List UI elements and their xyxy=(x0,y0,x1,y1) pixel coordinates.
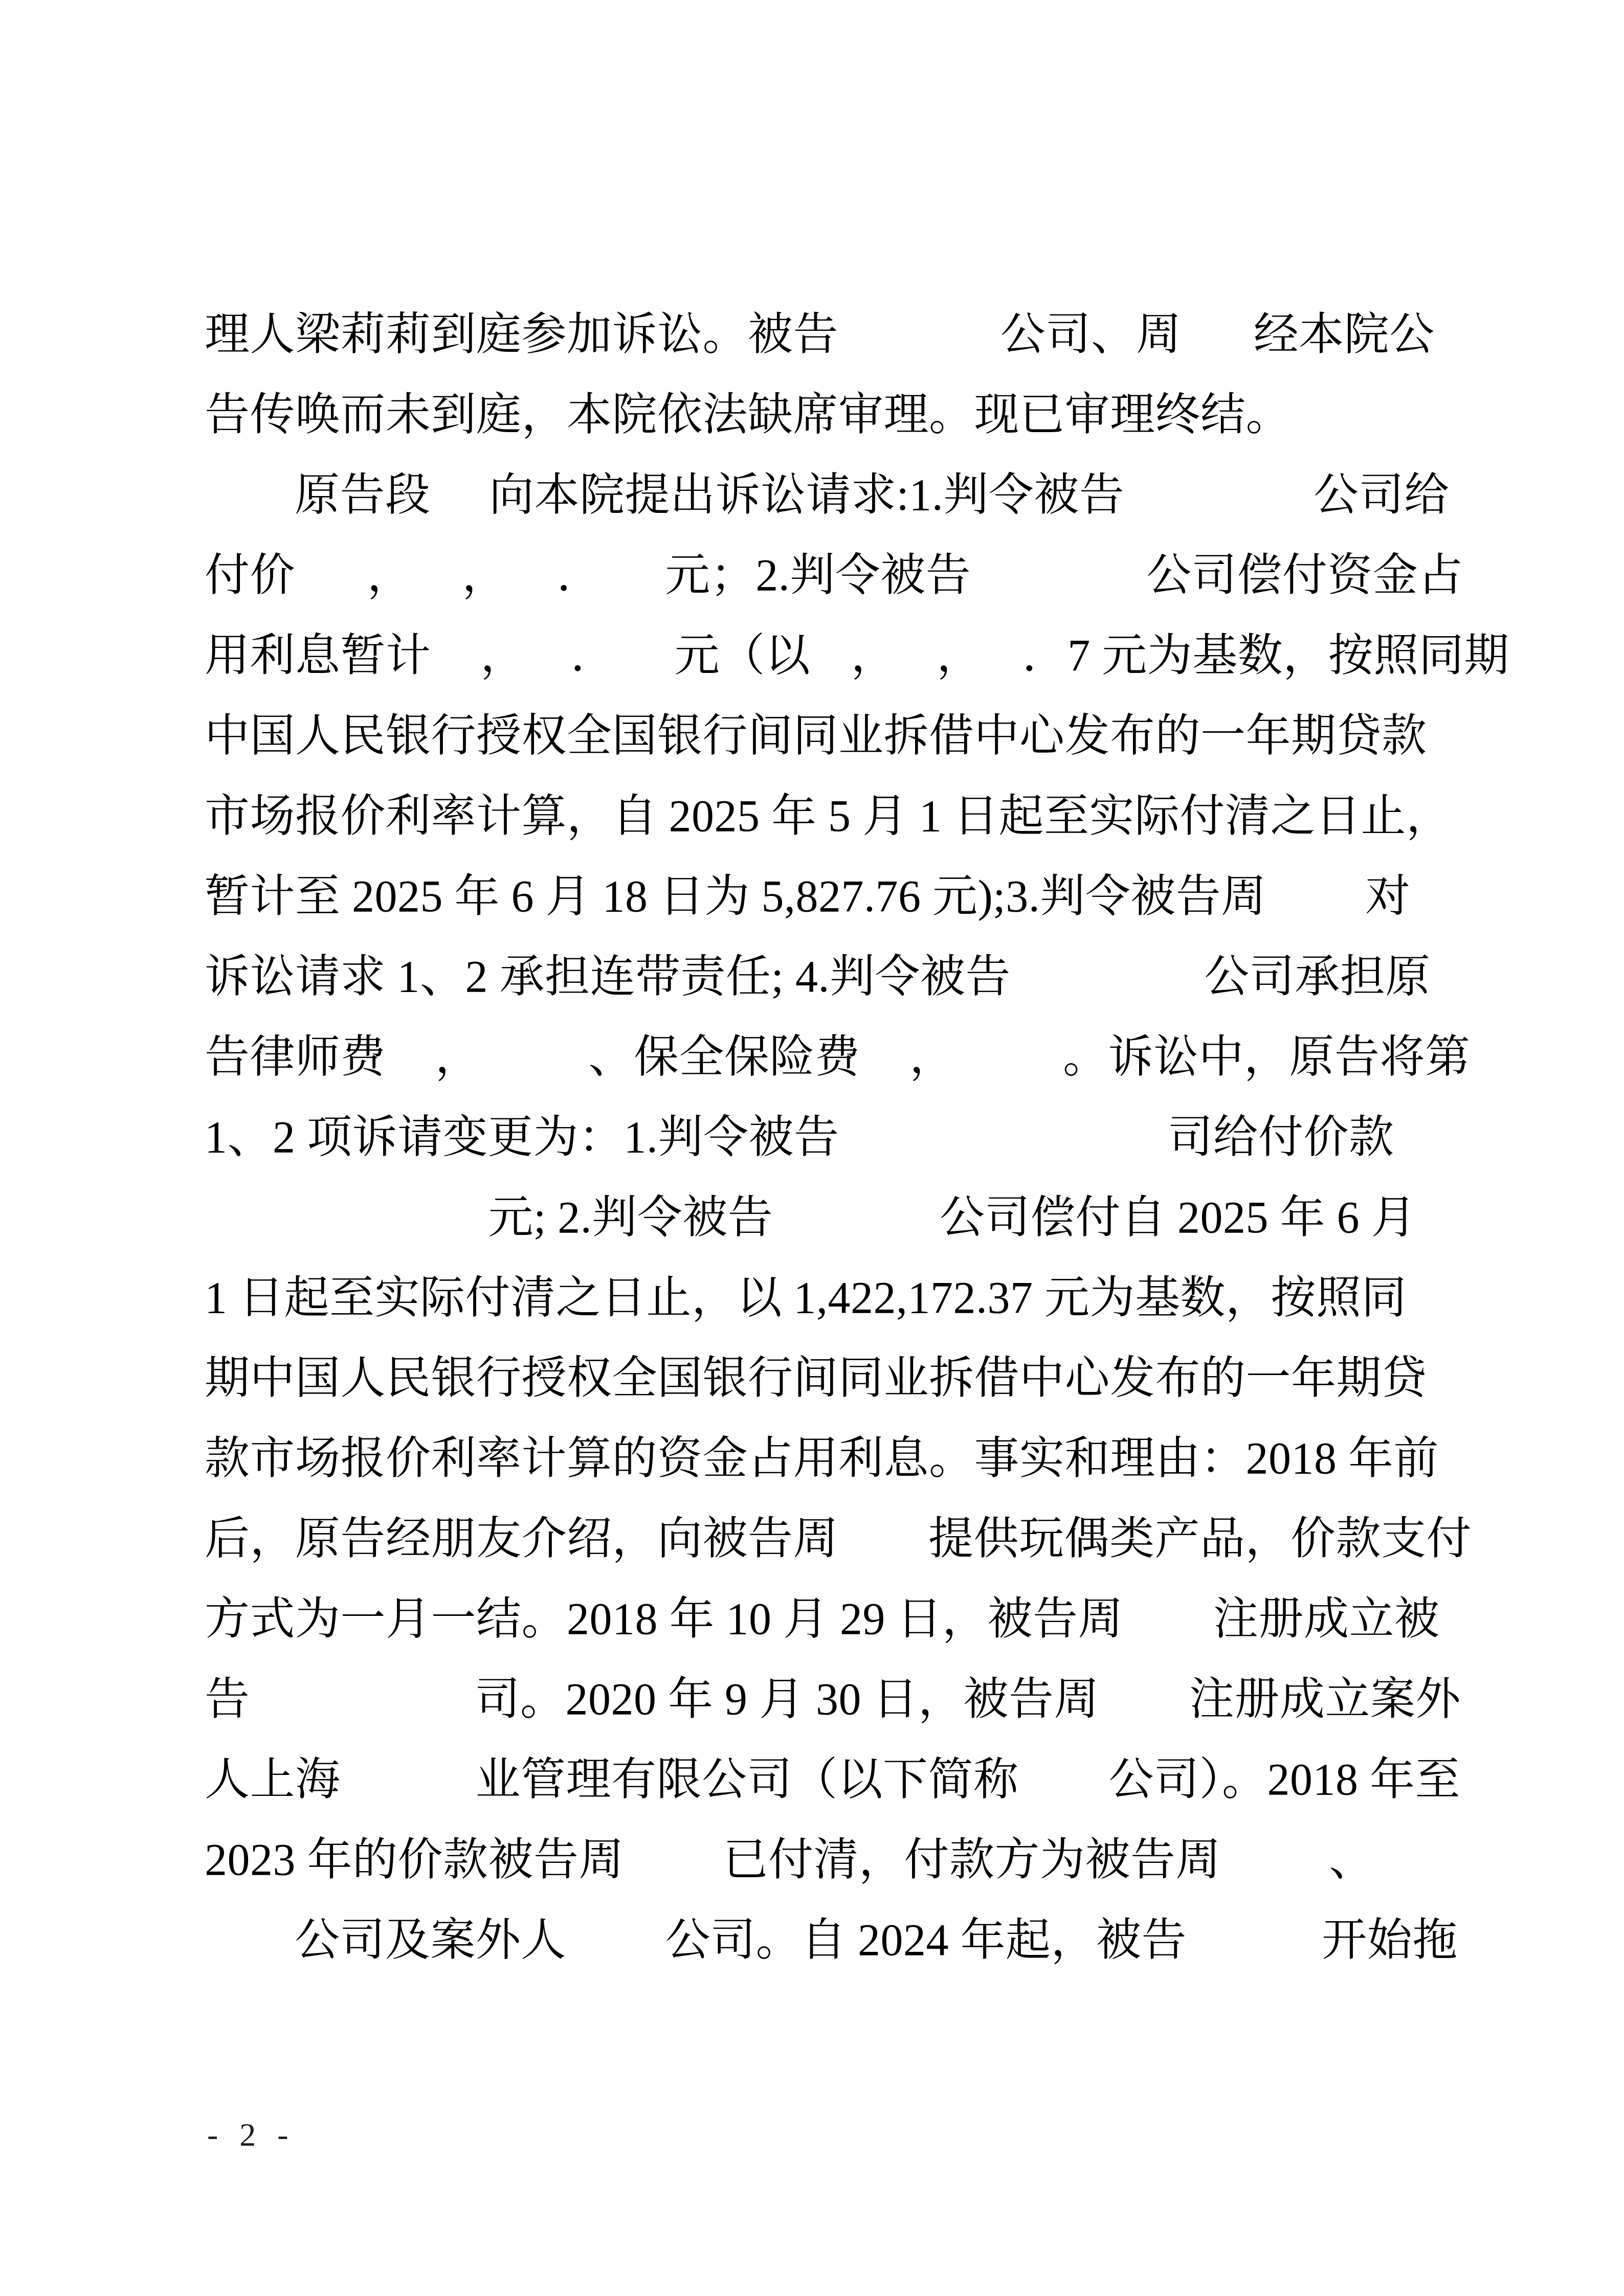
text-segment: 后，原告经朋友介绍，向被告周 xyxy=(205,1514,838,1564)
redacted-blank xyxy=(250,1713,475,1714)
redacted-blank xyxy=(1266,910,1366,911)
redacted-blank xyxy=(982,669,1022,670)
redacted-blank xyxy=(1011,991,1204,992)
document-line: 原告段向本院提出诉讼请求:1.判令被告公司给 xyxy=(205,455,1514,535)
document-line: 用利息暂计，．元（以，，．7 元为基数，按照同期 xyxy=(205,616,1514,696)
text-segment: 期中国人民银行授权全国银行间同业拆借中心发布的一年期贷 xyxy=(205,1354,1427,1403)
text-segment: 元; 2.判令被告 xyxy=(488,1193,773,1243)
text-segment: 2023 年的价款被告周 xyxy=(205,1835,624,1885)
text-segment: 付价 xyxy=(205,551,295,600)
text-segment: 公司偿付自 2025 年 6 月 xyxy=(940,1193,1416,1243)
text-segment: 原告段 xyxy=(295,470,431,520)
document-line: 1 日起至实际付清之日止，以 1,422,172.37 元为基数，按照同 xyxy=(205,1258,1514,1338)
redacted-blank xyxy=(566,1954,665,1955)
redacted-blank xyxy=(1123,1633,1213,1634)
redacted-blank xyxy=(1124,509,1314,510)
text-segment: ． xyxy=(557,551,602,600)
text-segment: 公司。自 2024 年起，被告 xyxy=(665,1916,1187,1965)
text-segment: ．7 元为基数，按照同期 xyxy=(1022,631,1509,681)
document-line: 后，原告经朋友介绍，向被告周提供玩偶类产品，价款支付 xyxy=(205,1499,1514,1579)
text-segment: 告 xyxy=(205,1675,250,1724)
text-segment: 人上海 xyxy=(205,1755,341,1805)
text-segment: 。诉讼中，原告将第 xyxy=(1063,1032,1471,1082)
text-segment: 司。2020 年 9 月 30 日，被告周 xyxy=(475,1675,1100,1724)
text-segment: 元（以 xyxy=(675,631,811,681)
judgment-body-text: 理人梁莉莉到庭参加诉讼。被告公司、周经本院公告传唤而未到庭，本院依法缺席审理。现… xyxy=(205,295,1514,1980)
redacted-blank xyxy=(295,589,367,590)
text-segment: 公司及案外人 xyxy=(295,1916,566,1965)
document-line: 2023 年的价款被告周已付清，付款方为被告周、 xyxy=(205,1820,1514,1900)
redacted-blank xyxy=(412,589,462,590)
text-segment: 告传唤而未到庭，本院依法缺席审理。现已审理终结。 xyxy=(205,390,1291,440)
text-segment: 公司承担原 xyxy=(1204,952,1431,1002)
document-line: 期中国人民银行授权全国银行间同业拆借中心发布的一年期贷 xyxy=(205,1338,1514,1419)
text-segment: ， xyxy=(480,631,526,681)
text-segment: 用利息暂计 xyxy=(205,631,431,681)
text-segment: 告律师费 xyxy=(205,1032,386,1082)
redacted-blank xyxy=(838,348,1000,349)
redacted-blank xyxy=(526,669,571,670)
text-segment: 开始拖 xyxy=(1322,1916,1458,1965)
document-line: 1、2 项诉请变更为：1.判令被告司给付价款 xyxy=(205,1097,1514,1178)
document-page: 理人梁莉莉到庭参加诉讼。被告公司、周经本院公告传唤而未到庭，本院依法缺席审理。现… xyxy=(0,0,1624,2296)
text-segment: 款市场报价利率计算的资金占用利息。事实和理由：2018 年前 xyxy=(205,1434,1439,1483)
redacted-blank xyxy=(1019,1793,1109,1794)
redacted-blank xyxy=(1182,348,1254,349)
text-segment: 注册成立被 xyxy=(1213,1594,1440,1644)
redacted-blank xyxy=(431,509,489,510)
text-segment: 注册成立案外 xyxy=(1189,1675,1461,1724)
document-line: 付价，，．元；2.判令被告公司偿付资金占 xyxy=(205,535,1514,616)
text-segment: 公司偿付资金占 xyxy=(1146,551,1463,600)
text-segment: ， xyxy=(367,551,413,600)
redacted-blank xyxy=(341,1793,476,1794)
document-line: 暂计至 2025 年 6 月 18 日为 5,827.76 元);3.判令被告周… xyxy=(205,857,1514,937)
text-segment: 、保全保险费 xyxy=(589,1032,860,1082)
document-line: 理人梁莉莉到庭参加诉讼。被告公司、周经本院公 xyxy=(205,295,1514,375)
text-segment: 司给付价款 xyxy=(1168,1113,1394,1162)
text-segment: 方式为一月一结。2018 年 10 月 29 日，被告周 xyxy=(205,1594,1123,1644)
document-line: 告司。2020 年 9 月 30 日，被告周注册成立案外 xyxy=(205,1659,1514,1740)
redacted-blank xyxy=(1099,1713,1189,1714)
redacted-blank xyxy=(431,669,481,670)
redacted-blank xyxy=(507,589,557,590)
text-segment: ， xyxy=(937,631,982,681)
text-segment: 业管理有限公司（以下简称 xyxy=(476,1755,1019,1805)
text-segment: 理人梁莉莉到庭参加诉讼。被告 xyxy=(205,310,838,359)
document-line: 告律师费，、保全保险费，。诉讼中，原告将第 xyxy=(205,1017,1514,1097)
text-segment: ， xyxy=(851,631,896,681)
text-segment: 1 日起至实际付清之日止，以 1,422,172.37 元为基数，按照同 xyxy=(205,1273,1407,1323)
redacted-blank xyxy=(616,669,674,670)
redacted-blank xyxy=(955,1071,1063,1072)
redacted-blank xyxy=(1221,1874,1329,1875)
text-segment: 公司）。2018 年至 xyxy=(1109,1755,1461,1805)
document-line: 人上海业管理有限公司（以下简称公司）。2018 年至 xyxy=(205,1740,1514,1820)
redacted-blank xyxy=(602,589,665,590)
redacted-blank xyxy=(624,1874,723,1875)
text-segment: 诉讼请求 1、2 承担连带责任; 4.判令被告 xyxy=(205,952,1011,1002)
text-segment: 公司给 xyxy=(1314,470,1450,520)
text-segment: ， xyxy=(435,1032,481,1082)
text-segment: ， xyxy=(462,551,507,600)
text-segment: 元；2.判令被告 xyxy=(665,551,971,600)
text-segment: 中国人民银行授权全国银行间同业拆借中心发布的一年期贷款 xyxy=(205,711,1427,761)
redacted-blank xyxy=(810,669,851,670)
text-segment: ． xyxy=(571,631,616,681)
document-line: 元; 2.判令被告公司偿付自 2025 年 6 月 xyxy=(205,1178,1514,1258)
redacted-blank xyxy=(860,1071,910,1072)
redacted-blank xyxy=(480,1071,588,1072)
redacted-blank xyxy=(386,1071,435,1072)
text-segment: 已付清，付款方为被告周 xyxy=(723,1835,1221,1885)
document-line: 告传唤而未到庭，本院依法缺席审理。现已审理终结。 xyxy=(205,375,1514,455)
redacted-blank xyxy=(838,1552,928,1554)
text-segment: 公司、周 xyxy=(1000,310,1182,359)
text-segment: 1、2 项诉请变更为：1.判令被告 xyxy=(205,1113,839,1162)
document-line: 诉讼请求 1、2 承担连带责任; 4.判令被告公司承担原 xyxy=(205,937,1514,1017)
text-segment: ， xyxy=(909,1032,955,1082)
text-segment: 对 xyxy=(1365,872,1411,921)
document-line: 市场报价利率计算，自 2025 年 5 月 1 日起至实际付清之日止， xyxy=(205,776,1514,857)
text-segment: 市场报价利率计算，自 2025 年 5 月 1 日起至实际付清之日止， xyxy=(205,792,1452,841)
text-segment: 提供玩偶类产品，价款支付 xyxy=(928,1514,1472,1564)
text-segment: 向本院提出诉讼请求:1.判令被告 xyxy=(489,470,1124,520)
redacted-blank xyxy=(773,1231,940,1232)
text-segment: 经本院公 xyxy=(1254,310,1435,359)
document-line: 中国人民银行授权全国银行间同业拆借中心发布的一年期贷款 xyxy=(205,696,1514,776)
redacted-blank xyxy=(839,1151,1168,1152)
document-line: 款市场报价利率计算的资金占用利息。事实和理由：2018 年前 xyxy=(205,1419,1514,1499)
redacted-blank xyxy=(971,589,1146,590)
text-segment: 、 xyxy=(1329,1835,1374,1885)
text-segment: 暂计至 2025 年 6 月 18 日为 5,827.76 元);3.判令被告周 xyxy=(205,872,1266,921)
document-line: 方式为一月一结。2018 年 10 月 29 日，被告周注册成立被 xyxy=(205,1579,1514,1659)
document-line: 公司及案外人公司。自 2024 年起，被告开始拖 xyxy=(205,1900,1514,1980)
page-number: - 2 - xyxy=(207,2112,295,2158)
redacted-blank xyxy=(896,669,937,670)
redacted-blank xyxy=(1187,1954,1322,1955)
